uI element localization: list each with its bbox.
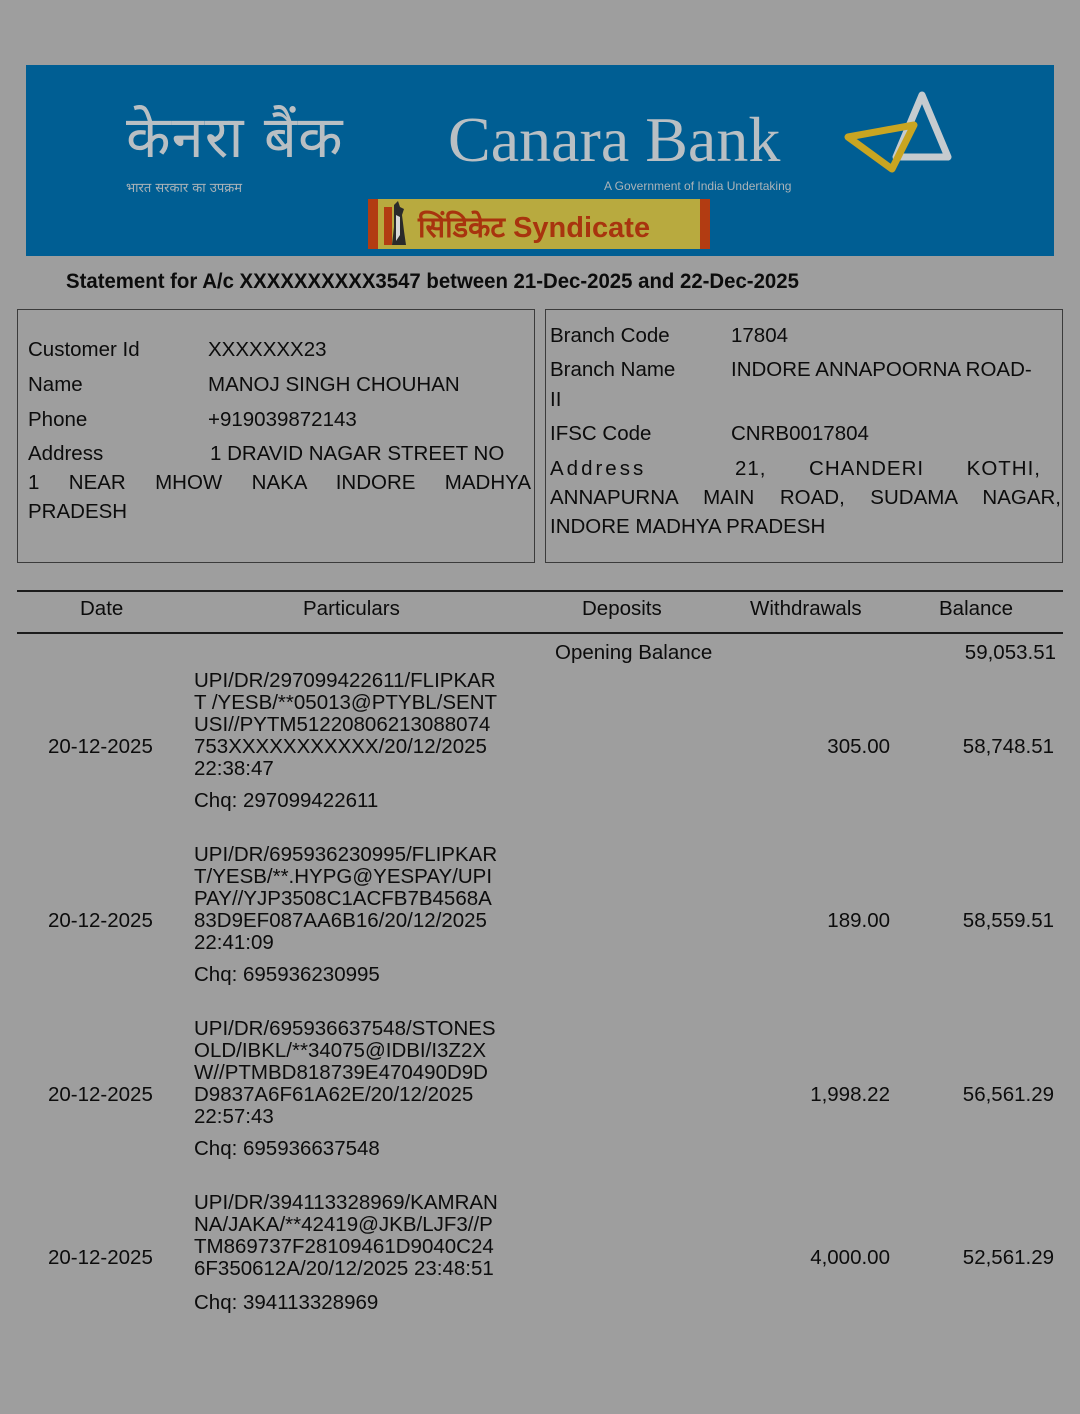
transaction-particulars: UPI/DR/695936230995/FLIPKAR T/YESB/**.HY… bbox=[194, 844, 497, 954]
transaction-balance: 58,748.51 bbox=[963, 735, 1054, 759]
transaction-cheque: Chq: 695936637548 bbox=[194, 1137, 380, 1161]
name-label: Name bbox=[28, 373, 83, 397]
ifsc-label: IFSC Code bbox=[550, 422, 651, 446]
transaction-withdrawal: 189.00 bbox=[827, 909, 890, 933]
branch-code-value: 17804 bbox=[731, 324, 788, 348]
customer-id-value: XXXXXXX23 bbox=[208, 338, 327, 362]
transaction-cheque: Chq: 695936230995 bbox=[194, 963, 380, 987]
transaction-particulars: UPI/DR/695936637548/STONES OLD/IBKL/**34… bbox=[194, 1018, 496, 1128]
branch-address-label: Address bbox=[550, 457, 646, 481]
transaction-withdrawal: 1,998.22 bbox=[810, 1083, 890, 1107]
transaction-cheque: Chq: 297099422611 bbox=[194, 789, 378, 813]
transaction-date: 20-12-2025 bbox=[48, 909, 153, 933]
name-value: MANOJ SINGH CHOUHAN bbox=[208, 373, 460, 397]
address-line-2: 1 NEAR MHOW NAKA INDORE MADHYA bbox=[28, 471, 531, 495]
bank-header-banner: केनरा बैंक भारत सरकार का उपक्रम Canara B… bbox=[26, 65, 1054, 256]
branch-name-value-line-2: II bbox=[550, 388, 561, 412]
transaction-date: 20-12-2025 bbox=[48, 1246, 153, 1270]
transaction-particulars: UPI/DR/297099422611/FLIPKAR T /YESB/**05… bbox=[194, 670, 497, 780]
opening-balance-value: 59,053.51 bbox=[965, 641, 1056, 665]
column-header-balance: Balance bbox=[939, 597, 1013, 621]
syndicate-logo: सिंडिकेट Syndicate bbox=[368, 199, 710, 249]
transaction-date: 20-12-2025 bbox=[48, 1083, 153, 1107]
syndicate-label: सिंडिकेट Syndicate bbox=[418, 207, 650, 246]
branch-address-line-2: ANNAPURNA MAIN ROAD, SUDAMA NAGAR, bbox=[550, 486, 1061, 510]
branch-address-line-3: INDORE MADHYA PRADESH bbox=[550, 515, 825, 539]
table-header-rule bbox=[17, 632, 1063, 634]
statement-title: Statement for A/c XXXXXXXXXX3547 between… bbox=[66, 270, 799, 294]
branch-name-label: Branch Name bbox=[550, 358, 675, 382]
branch-address-line-1: 21, CHANDERI KOTHI, bbox=[735, 457, 1041, 481]
dog-emblem-icon bbox=[384, 201, 408, 247]
column-header-withdrawals: Withdrawals bbox=[750, 597, 862, 621]
transaction-balance: 52,561.29 bbox=[963, 1246, 1054, 1270]
address-label: Address bbox=[28, 442, 103, 466]
address-line-3: PRADESH bbox=[28, 500, 127, 524]
ifsc-value: CNRB0017804 bbox=[731, 422, 869, 446]
customer-details-box: Customer Id XXXXXXX23 Name MANOJ SINGH C… bbox=[17, 309, 535, 563]
column-header-deposits: Deposits bbox=[582, 597, 662, 621]
phone-value: +919039872143 bbox=[208, 408, 357, 432]
branch-name-value: INDORE ANNAPOORNA ROAD- bbox=[731, 358, 1032, 382]
transaction-particulars: UPI/DR/394113328969/KAMRAN NA/JAKA/**424… bbox=[194, 1192, 498, 1280]
hindi-bank-name: केनरा बैंक bbox=[126, 95, 344, 174]
customer-id-label: Customer Id bbox=[28, 338, 140, 362]
transaction-withdrawal: 305.00 bbox=[827, 735, 890, 759]
branch-code-label: Branch Code bbox=[550, 324, 670, 348]
transaction-withdrawal: 4,000.00 bbox=[810, 1246, 890, 1270]
column-header-particulars: Particulars bbox=[303, 597, 400, 621]
hindi-tagline: भारत सरकार का उपक्रम bbox=[126, 178, 242, 196]
transaction-cheque: Chq: 394113328969 bbox=[194, 1291, 378, 1315]
canara-triangle-logo-icon bbox=[844, 91, 954, 177]
opening-balance-label: Opening Balance bbox=[555, 641, 712, 665]
table-top-rule bbox=[17, 590, 1063, 592]
address-line-1: 1 DRAVID NAGAR STREET NO bbox=[210, 442, 504, 466]
column-header-date: Date bbox=[80, 597, 123, 621]
phone-label: Phone bbox=[28, 408, 87, 432]
transaction-balance: 58,559.51 bbox=[963, 909, 1054, 933]
transaction-date: 20-12-2025 bbox=[48, 735, 153, 759]
branch-details-box: Branch Code 17804 Branch Name INDORE ANN… bbox=[545, 309, 1063, 563]
bank-name: Canara Bank bbox=[448, 103, 780, 177]
bank-tagline: A Government of India Undertaking bbox=[604, 179, 791, 193]
transaction-balance: 56,561.29 bbox=[963, 1083, 1054, 1107]
